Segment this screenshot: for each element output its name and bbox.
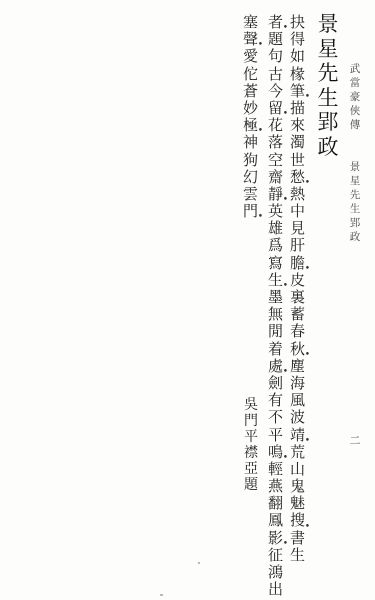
poem-column-2: 者•題句古今留•花落空齋靜•英雄爲寫生•墨無閒着處•劍有不平鳴•輕燕翻鳳影•征鴻…: [267, 14, 284, 598]
glyph: 膽•: [289, 255, 306, 272]
glyph: 題: [243, 477, 259, 493]
punctuation-dot: •: [258, 213, 263, 222]
poem-column-3: 塞聲•愛佗蒼妙極•神狗幻雲門•: [242, 14, 259, 220]
glyph: 平: [267, 427, 284, 444]
glyph: 俠: [349, 104, 361, 118]
glyph: 春: [289, 323, 306, 340]
glyph: 魅: [289, 495, 306, 512]
glyph: 海: [289, 375, 306, 392]
glyph: 吳: [243, 397, 259, 413]
glyph: 今: [267, 83, 284, 100]
glyph: 先: [316, 61, 340, 86]
glyph: 齋: [267, 169, 284, 186]
running-header-section-title: 景星先生郢政: [349, 160, 361, 244]
glyph: 寫: [267, 255, 284, 272]
glyph: 描: [289, 100, 306, 117]
glyph: 亞: [243, 461, 259, 477]
glyph: 筆•: [289, 83, 306, 100]
glyph: 墨: [267, 289, 284, 306]
glyph: 裏: [289, 289, 306, 306]
glyph: 得: [289, 31, 306, 48]
glyph: 平: [243, 429, 259, 445]
glyph: 空: [267, 152, 284, 169]
glyph: 靜•: [267, 186, 284, 203]
glyph: 鳴•: [267, 444, 284, 461]
glyph: 郢: [349, 216, 361, 230]
glyph: 妙: [242, 100, 259, 117]
glyph: 句: [267, 48, 284, 65]
glyph: 抉: [289, 14, 306, 31]
page-number: 二: [349, 432, 361, 448]
glyph: 生: [349, 202, 361, 216]
glyph: 靖•: [289, 427, 306, 444]
glyph: 翻: [267, 495, 284, 512]
glyph: 鳳: [267, 512, 284, 529]
glyph: 着: [267, 341, 284, 358]
glyph: 風: [289, 392, 306, 409]
glyph: 古: [267, 66, 284, 83]
glyph: 蒼: [242, 83, 259, 100]
glyph: 門•: [242, 203, 259, 220]
glyph: 處•: [267, 358, 284, 375]
glyph: 見: [289, 220, 306, 237]
scan-speck: [198, 562, 200, 564]
glyph: 星: [349, 174, 361, 188]
running-header-book-title: 武當豪俠傳: [349, 62, 361, 132]
glyph: 來: [289, 117, 306, 134]
glyph: 波: [289, 409, 306, 426]
glyph: 濁: [289, 134, 306, 151]
glyph: 狗: [242, 152, 259, 169]
glyph: 書: [289, 530, 306, 547]
glyph: 皮: [289, 272, 306, 289]
page-title: 景星先生郢政: [316, 12, 340, 159]
glyph: 熱: [289, 186, 306, 203]
glyph: 神: [242, 134, 259, 151]
glyph: 留•: [267, 100, 284, 117]
glyph: 世: [289, 152, 306, 169]
glyph: 肝: [289, 237, 306, 254]
glyph: 荒: [289, 444, 306, 461]
glyph: 當: [349, 76, 361, 90]
glyph: 秋•: [289, 341, 306, 358]
glyph: 題: [267, 31, 284, 48]
glyph: 燕: [267, 478, 284, 495]
glyph: 蓄: [289, 306, 306, 323]
glyph: 佗: [242, 66, 259, 83]
glyph: 落: [267, 134, 284, 151]
glyph: 者•: [267, 14, 284, 31]
glyph: 閒: [267, 323, 284, 340]
glyph: 襟: [243, 445, 259, 461]
glyph: 極•: [242, 117, 259, 134]
glyph: 雲: [242, 186, 259, 203]
author-signature: 吳門平襟亞題: [243, 397, 259, 493]
glyph: 無: [267, 306, 284, 323]
glyph: 椽: [289, 66, 306, 83]
scan-speck: [160, 594, 163, 596]
glyph: 政: [349, 230, 361, 244]
glyph: 雄: [267, 220, 284, 237]
glyph: 門: [243, 413, 259, 429]
glyph: 生: [316, 86, 340, 111]
glyph: 先: [349, 188, 361, 202]
glyph: 輕: [267, 461, 284, 478]
glyph: 生: [289, 547, 306, 564]
glyph: 傳: [349, 118, 361, 132]
glyph: 鬼: [289, 478, 306, 495]
glyph: 影•: [267, 530, 284, 547]
book-page: 武當豪俠傳 景星先生郢政 二 景星先生郢政 抉得如椽筆•描來濁世愁•熱中見肝膽•…: [0, 0, 375, 600]
glyph: 爲: [267, 237, 284, 254]
glyph: 生•: [267, 272, 284, 289]
glyph: 愛: [242, 48, 259, 65]
glyph: 中: [289, 203, 306, 220]
glyph: 武: [349, 62, 361, 76]
glyph: 景: [316, 12, 340, 37]
glyph: 出: [267, 581, 284, 598]
glyph: 聲•: [242, 31, 259, 48]
glyph: 幻: [242, 169, 259, 186]
glyph: 劍: [267, 375, 284, 392]
glyph: 如: [289, 48, 306, 65]
glyph: 征: [267, 547, 284, 564]
glyph: 有: [267, 392, 284, 409]
poem-column-1: 抉得如椽筆•描來濁世愁•熱中見肝膽•皮裏蓄春秋•塵海風波靖•荒山鬼魅搜•書生: [289, 14, 306, 564]
glyph: 郢: [316, 110, 340, 135]
glyph: 豪: [349, 90, 361, 104]
glyph: 愁•: [289, 169, 306, 186]
glyph: 星: [316, 37, 340, 62]
glyph: 山: [289, 461, 306, 478]
glyph: 塞: [242, 14, 259, 31]
glyph: 鴻: [267, 564, 284, 581]
glyph: 搜•: [289, 512, 306, 529]
glyph: 花: [267, 117, 284, 134]
glyph: 不: [267, 409, 284, 426]
glyph: 塵: [289, 358, 306, 375]
glyph: 景: [349, 160, 361, 174]
glyph: 政: [316, 135, 340, 160]
glyph: 英: [267, 203, 284, 220]
